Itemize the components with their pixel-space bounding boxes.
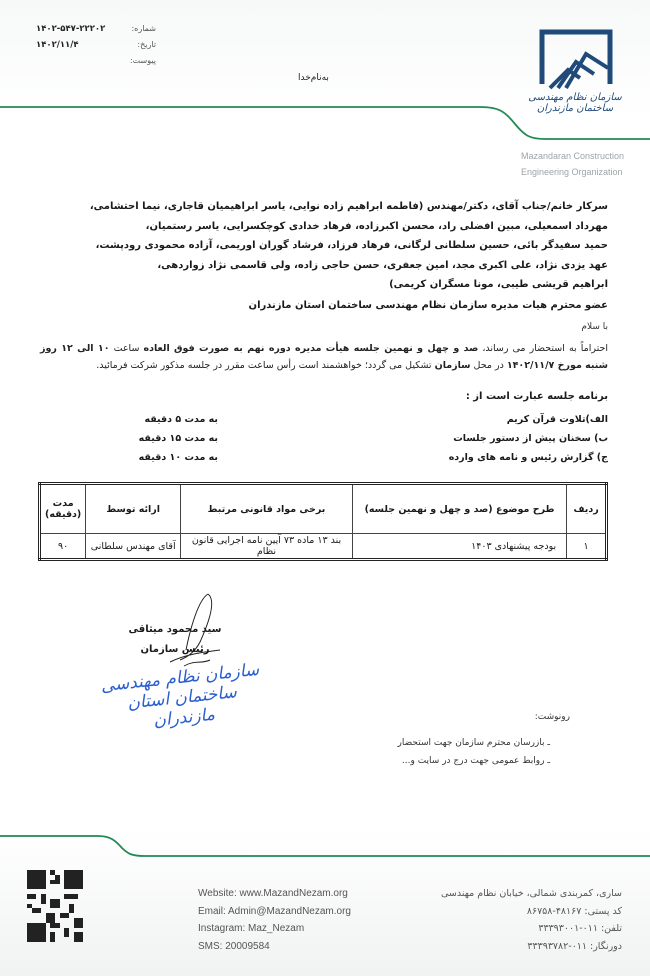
cell-duration: ۹۰ — [40, 534, 86, 560]
footer-instagram[interactable]: Instagram: Maz_Nezam — [198, 920, 351, 938]
signer-role: رئیس سازمان — [110, 640, 240, 660]
logo-script: سازمان نظام مهندسی ساختمان مازندران — [520, 92, 630, 114]
addressee-line: سرکار خانم/جناب آقای، دکتر/مهندس (فاطمه … — [40, 197, 608, 217]
col-duration: مدت (دقیقه) — [40, 484, 86, 534]
cell-legal-articles: بند ۱۳ ماده ۷۳ آیین نامه اجرایی قانون نظ… — [181, 534, 353, 560]
signature-block: سید محمود میثاقی رئیس سازمان — [110, 620, 240, 660]
col-legal-articles: برخی مواد قانونی مرتبط — [181, 484, 353, 534]
agenda-table: ردیف طرح موضوع (صد و چهل و نهمین جلسه) ب… — [38, 482, 608, 561]
agenda-item-duration: به مدت ۵ دقیقه — [144, 414, 218, 425]
para-bold: صد و چهل و نهمین جلسه هیأت مدیره دوره نه… — [143, 343, 478, 354]
agenda-item-label: ب) سخنان پیش از دستور جلسات — [453, 433, 608, 444]
cell-presenter: آقای مهندس سلطانی — [86, 534, 181, 560]
agenda-list: الف)تلاوت قرآن کریم به مدت ۵ دقیقه ب) سخ… — [40, 414, 608, 471]
signer-name: سید محمود میثاقی — [110, 620, 240, 640]
agenda-item-duration: به مدت ۱۰ دقیقه — [139, 452, 218, 463]
addressee-line: ابراهیم قریشی طیبی، مونا مسگران کریمی) — [40, 275, 608, 295]
para-text: در محل — [471, 360, 507, 371]
footer-sms: SMS: 20009584 — [198, 938, 351, 956]
agenda-item: الف)تلاوت قرآن کریم به مدت ۵ دقیقه — [40, 414, 608, 433]
cell-topic: بودجه پیشنهادی ۱۴۰۳ — [352, 534, 566, 560]
addressee-line: عهد یزدی نژاد، علی اکبری مجد، امین جعفری… — [40, 256, 608, 276]
greeting: با سلام — [40, 322, 608, 332]
col-row-number: ردیف — [567, 484, 607, 534]
footer-divider — [0, 820, 650, 860]
addressee-line: حمید سفیدگر بائی، حسین سلطانی لرگانی، فر… — [40, 236, 608, 256]
col-presenter: ارائه توسط — [86, 484, 181, 534]
agenda-item: ب) سخنان پیش از دستور جلسات به مدت ۱۵ دق… — [40, 433, 608, 452]
para-bold: سازمان — [435, 360, 471, 371]
footer-contact-en: Website: www.MazandNezam.org Email: Admi… — [198, 885, 351, 955]
para-text: تشکیل می گردد؛ خواهشمند است رأس ساعت مقر… — [96, 360, 434, 371]
footer-fax: دورنگار: ۰۱۱-۳۳۳۹۳۷۸۲ — [430, 938, 622, 956]
footer-website[interactable]: Website: www.MazandNezam.org — [198, 885, 351, 903]
agenda-item-duration: به مدت ۱۵ دقیقه — [139, 433, 218, 444]
agenda-item-label: الف)تلاوت قرآن کریم — [507, 414, 608, 425]
cc-item: ـ روابط عمومی جهت درج در سایت و... — [398, 752, 550, 770]
table-header-row: ردیف طرح موضوع (صد و چهل و نهمین جلسه) ب… — [40, 484, 607, 534]
footer-email[interactable]: Email: Admin@MazandNezam.org — [198, 903, 351, 921]
agenda-item: ج) گزارش رئیس و نامه های وارده به مدت ۱۰… — [40, 452, 608, 471]
col-topic: طرح موضوع (صد و چهل و نهمین جلسه) — [352, 484, 566, 534]
org-name-english: Mazandaran Construction Engineering Orga… — [521, 148, 624, 180]
footer-postal-code: کد پستی: ۴۸۱۶۷-۸۶۷۵۸ — [430, 903, 622, 921]
letter-page: ۱۴۰۲-۵۴۷-۲۲۲۰۲ شماره: ۱۴۰۲/۱۱/۴ تاریخ: پ… — [0, 0, 650, 976]
organization-stamp: سازمان نظام مهندسی ساختمان استان مازندرا… — [94, 659, 267, 717]
para-text: احتراماً به استحضار می رساند، — [478, 343, 608, 354]
footer-phone: تلفن: ۰۱۱-۳۳۳۹۳۰۰۱ — [430, 920, 622, 938]
addressee-block: سرکار خانم/جناب آقای، دکتر/مهندس (فاطمه … — [40, 197, 608, 295]
para-text: ساعت — [110, 343, 144, 354]
agenda-item-label: ج) گزارش رئیس و نامه های وارده — [449, 452, 608, 463]
addressee-title: عضو محترم هیات مدیره سازمان نظام مهندسی … — [40, 300, 608, 311]
org-name-en-line1: Mazandaran Construction — [521, 148, 624, 164]
addressee-line: مهرداد اسمعیلی، مبین افضلی راد، محسن اکب… — [40, 217, 608, 237]
qr-code-icon — [27, 870, 83, 942]
cc-title: رونوشت: — [535, 712, 570, 722]
table-row: ۱ بودجه پیشنهادی ۱۴۰۳ بند ۱۳ ماده ۷۳ آیی… — [40, 534, 607, 560]
agenda-title: برنامه جلسه عبارت است از : — [40, 391, 608, 402]
building-logo-icon — [520, 26, 630, 96]
footer-address: ساری، کمربندی شمالی، خیابان نظام مهندسی — [430, 885, 622, 903]
cc-item: ـ بازرسان محترم سازمان جهت استحضار — [398, 734, 550, 752]
cell-row-number: ۱ — [567, 534, 607, 560]
footer-contact-fa: ساری، کمربندی شمالی، خیابان نظام مهندسی … — [430, 885, 622, 955]
letter-paragraph: احتراماً به استحضار می رساند، صد و چهل و… — [40, 340, 608, 374]
cc-list: ـ بازرسان محترم سازمان جهت استحضار ـ روا… — [398, 734, 550, 770]
org-name-en-line2: Engineering Organization — [521, 164, 624, 180]
